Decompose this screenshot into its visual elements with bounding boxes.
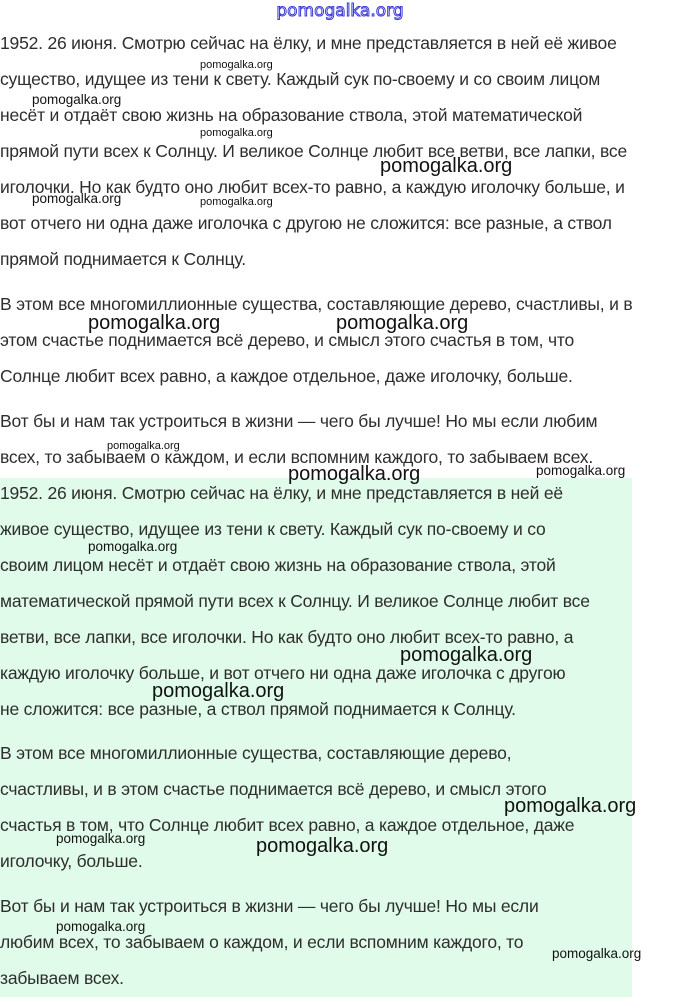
answer-line: любим всех, то забываем о каждом, и если… [0, 932, 523, 953]
watermark: pomogalka.org [536, 463, 625, 478]
watermark: pomogalka.org [88, 539, 177, 554]
watermark: pomogalka.org [504, 795, 636, 818]
watermark: pomogalka.org [32, 92, 121, 107]
answer-line: живое существо, идущее из тени к свету. … [0, 519, 546, 540]
original-line: прямой поднимается к Солнцу. [0, 249, 246, 270]
watermark: pomogalka.org [400, 644, 532, 667]
watermark: pomogalka.org [56, 831, 145, 846]
watermark: pomogalka.org [200, 127, 273, 139]
watermark: pomogalka.org [107, 440, 180, 452]
watermark: pomogalka.org [288, 463, 420, 486]
watermark: pomogalka.org [256, 835, 388, 858]
watermark: pomogalka.org [336, 312, 468, 335]
original-line: существо, идущее из тени к свету. Каждый… [0, 69, 600, 90]
original-line: 1952. 26 июня. Смотрю сейчас на ёлку, и … [0, 33, 617, 54]
answer-line: счастливы, и в этом счастье поднимается … [0, 779, 546, 800]
watermark: pomogalka.org [200, 196, 273, 208]
original-line: Солнце любит всех равно, а каждое отдель… [0, 366, 573, 387]
watermark: pomogalka.org [152, 680, 284, 703]
original-line: прямой пути всех к Солнцу. И великое Сол… [0, 141, 627, 162]
original-line: несёт и отдаёт свою жизнь на образование… [0, 105, 582, 126]
answer-line: В этом все многомиллионные существа, сос… [0, 743, 511, 764]
watermark: pomogalka.org [552, 946, 641, 961]
original-line: вот отчего ни одна даже иголочка с друго… [0, 213, 612, 234]
original-line: этом счастье поднимается всё дерево, и с… [0, 330, 574, 351]
answer-line: своим лицом несёт и отдаёт свою жизнь на… [0, 555, 556, 576]
watermark: pomogalka.org [32, 191, 121, 206]
answer-line: 1952. 26 июня. Смотрю сейчас на ёлку, и … [0, 483, 563, 504]
answer-line: Вот бы и нам так устроиться в жизни — че… [0, 896, 539, 917]
original-line: Вот бы и нам так устроиться в жизни — че… [0, 411, 597, 432]
watermark: pomogalka.org [380, 155, 512, 178]
watermark: pomogalka.org [56, 919, 145, 934]
answer-line: иголочку, больше. [0, 851, 143, 872]
watermark: pomogalka.org [200, 59, 273, 71]
site-watermark-header: pomogalka.org [0, 1, 680, 21]
answer-line: забываем всех. [0, 968, 124, 989]
answer-line: математической прямой пути всех к Солнцу… [0, 591, 590, 612]
watermark: pomogalka.org [88, 312, 220, 335]
